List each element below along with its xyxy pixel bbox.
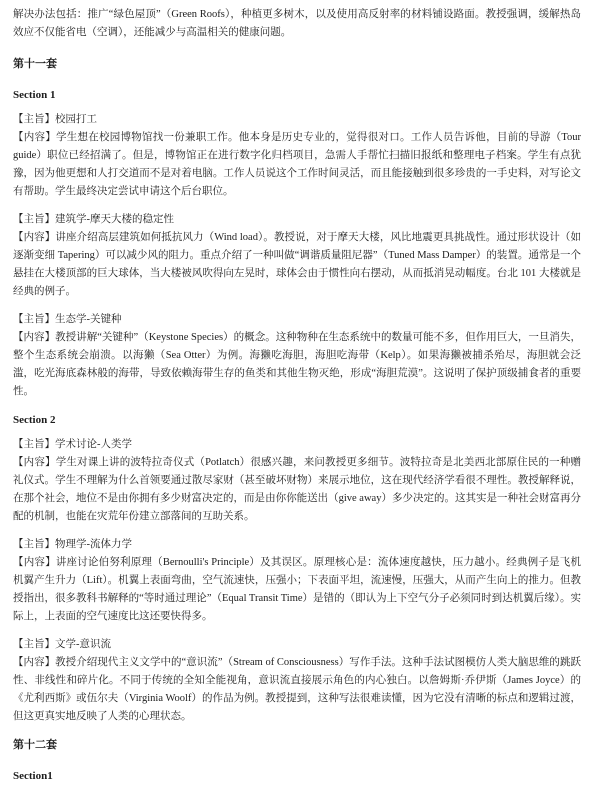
content-text: 学生想在校园博物馆找一份兼职工作。他本身是历史专业的，觉得很对口。工作人员告诉他…: [13, 132, 581, 197]
section-title-2: Section 2: [13, 411, 581, 429]
content-label: 【内容】: [13, 557, 56, 568]
summary-item: 【主旨】物理学-流体力学 【内容】讲座讨论伯努利原理（Bernoulli's P…: [13, 536, 581, 626]
topic-label: 【主旨】: [13, 539, 55, 550]
summary-item: 【主旨】生态学-关键种 【内容】教授讲解“关键种”（Keystone Speci…: [13, 311, 581, 401]
content-label: 【内容】: [13, 232, 55, 243]
content-paragraph: 【内容】学生对课上讲的波特拉奇仪式（Potlatch）很感兴趣，来问教授更多细节…: [13, 454, 581, 526]
set-title-11: 第十一套: [13, 55, 581, 73]
content-paragraph: 【内容】教授讲解“关键种”（Keystone Species）的概念。这种物种在…: [13, 329, 581, 401]
content-label: 【内容】: [13, 657, 55, 668]
topic-text: 生态学-关键种: [55, 314, 122, 325]
content-paragraph: 【内容】教授介绍现代主义文学中的“意识流”（Stream of Consciou…: [13, 654, 581, 726]
topic-line: 【主旨】校园打工: [13, 111, 581, 129]
topic-label: 【主旨】: [13, 439, 55, 450]
topic-line: 【主旨】文学-意识流: [13, 636, 581, 654]
topic-label: 【主旨】: [13, 639, 55, 650]
content-paragraph: 【内容】讲座介绍高层建筑如何抵抗风力（Wind load）。教授说，对于摩天大楼…: [13, 229, 581, 301]
topic-label: 【主旨】: [13, 114, 55, 125]
topic-label: 【主旨】: [13, 214, 55, 225]
summary-item: 【主旨】学术讨论-人类学 【内容】学生对课上讲的波特拉奇仪式（Potlatch）…: [13, 436, 581, 526]
document-page: 解决办法包括：推广“绿色屋顶”（Green Roofs），种植更多树木，以及使用…: [0, 0, 593, 785]
content-text: 教授介绍现代主义文学中的“意识流”（Stream of Consciousnes…: [13, 657, 581, 722]
topic-text: 校园打工: [55, 114, 97, 125]
topic-line: 【主旨】建筑学-摩天大楼的稳定性: [13, 211, 581, 229]
content-label: 【内容】: [13, 457, 56, 468]
content-text: 讲座讨论伯努利原理（Bernoulli's Principle）及其误区。原理核…: [13, 557, 581, 622]
topic-line: 【主旨】生态学-关键种: [13, 311, 581, 329]
topic-text: 物理学-流体力学: [55, 539, 132, 550]
content-label: 【内容】: [13, 332, 55, 343]
content-text: 讲座介绍高层建筑如何抵抗风力（Wind load）。教授说，对于摩天大楼，风比地…: [13, 232, 581, 297]
section-title-1: Section 1: [13, 86, 581, 104]
section-title-12-1: Section1: [13, 767, 581, 785]
summary-item: 【主旨】校园打工 【内容】学生想在校园博物馆找一份兼职工作。他本身是历史专业的，…: [13, 111, 581, 201]
topic-label: 【主旨】: [13, 314, 55, 325]
topic-text: 建筑学-摩天大楼的稳定性: [55, 214, 174, 225]
topic-text: 文学-意识流: [55, 639, 111, 650]
content-paragraph: 【内容】讲座讨论伯努利原理（Bernoulli's Principle）及其误区…: [13, 554, 581, 626]
topic-line: 【主旨】学术讨论-人类学: [13, 436, 581, 454]
content-text: 学生对课上讲的波特拉奇仪式（Potlatch）很感兴趣，来问教授更多细节。波特拉…: [13, 457, 581, 522]
content-paragraph: 【内容】学生想在校园博物馆找一份兼职工作。他本身是历史专业的，觉得很对口。工作人…: [13, 129, 581, 201]
content-text: 教授讲解“关键种”（Keystone Species）的概念。这种物种在生态系统…: [13, 332, 581, 397]
summary-item: 【主旨】文学-意识流 【内容】教授介绍现代主义文学中的“意识流”（Stream …: [13, 636, 581, 726]
set-title-12: 第十二套: [13, 736, 581, 754]
topic-text: 学术讨论-人类学: [55, 439, 132, 450]
summary-item: 【主旨】建筑学-摩天大楼的稳定性 【内容】讲座介绍高层建筑如何抵抗风力（Wind…: [13, 211, 581, 301]
content-label: 【内容】: [13, 132, 56, 143]
intro-paragraph: 解决办法包括：推广“绿色屋顶”（Green Roofs），种植更多树木，以及使用…: [13, 6, 581, 42]
topic-line: 【主旨】物理学-流体力学: [13, 536, 581, 554]
